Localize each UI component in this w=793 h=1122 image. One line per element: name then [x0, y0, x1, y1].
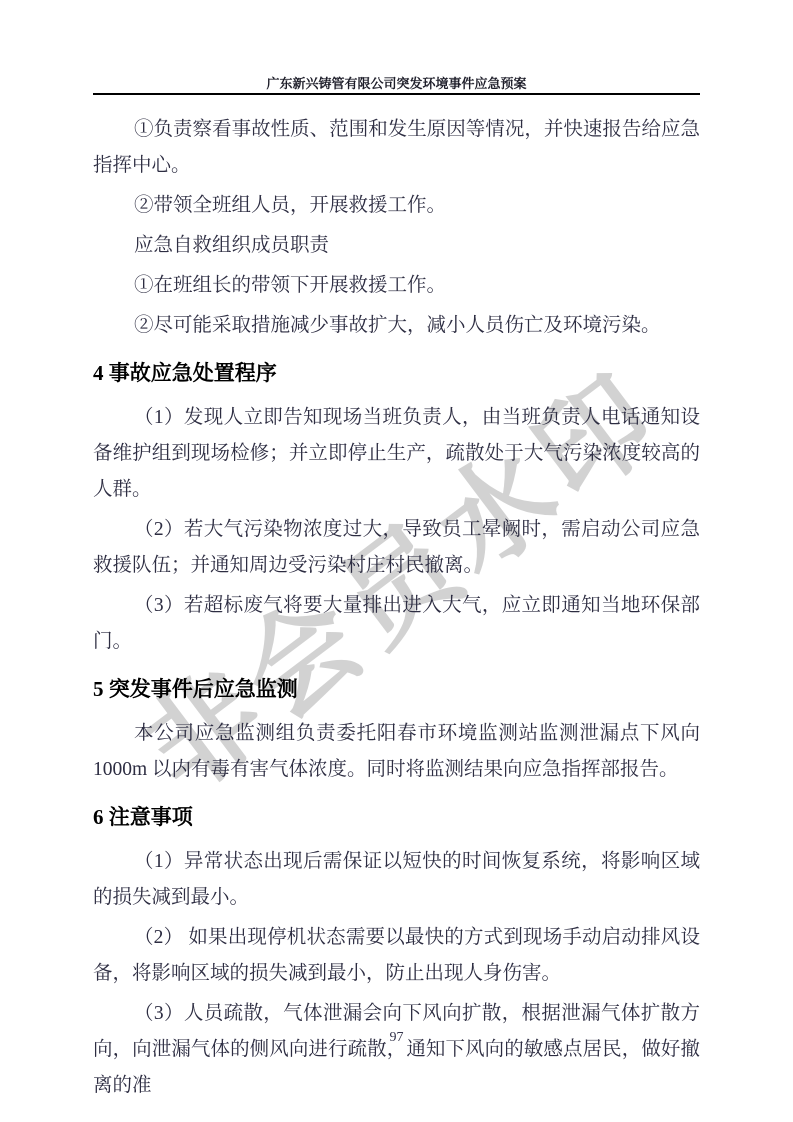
document-body: ①负责察看事故性质、范围和发生原因等情况，并快速报告给应急指挥中心。 ②带领全班…: [93, 112, 700, 1108]
paragraph: ②带领全班组人员，开展救援工作。: [93, 188, 700, 224]
page-header-title: 广东新兴铸管有限公司突发环境事件应急预案: [0, 73, 793, 92]
paragraph: ②尽可能采取措施减少事故扩大，减小人员伤亡及环境污染。: [93, 308, 700, 344]
paragraph: （2）若大气污染物浓度过大，导致员工晕阙时，需启动公司应急救援队伍；并通知周边受…: [93, 512, 700, 584]
paragraph: ①负责察看事故性质、范围和发生原因等情况，并快速报告给应急指挥中心。: [93, 112, 700, 184]
paragraph: 应急自救组织成员职责: [93, 228, 700, 264]
paragraph: （1）发现人立即告知现场当班负责人，由当班负责人电话通知设备维护组到现场检修；并…: [93, 400, 700, 508]
paragraph: （3）人员疏散，气体泄漏会向下风向扩散，根据泄漏气体扩散方向，向泄漏气体的侧风向…: [93, 996, 700, 1104]
paragraph: （2） 如果出现停机状态需要以最快的方式到现场手动启动排风设备，将影响区域的损失…: [93, 920, 700, 992]
section-heading-6: 6 注意事项: [93, 802, 700, 832]
section-heading-5: 5 突发事件后应急监测: [93, 674, 700, 704]
paragraph: （3）若超标废气将要大量排出进入大气，应立即通知当地环保部门。: [93, 588, 700, 660]
header-rule-divider: [93, 93, 700, 95]
page-number: 97: [0, 1030, 793, 1046]
document-page: 非会员水印 广东新兴铸管有限公司突发环境事件应急预案 ①负责察看事故性质、范围和…: [0, 0, 793, 1122]
paragraph: 本公司应急监测组负责委托阳春市环境监测站监测泄漏点下风向1000m 以内有毒有害…: [93, 716, 700, 788]
paragraph: （1）异常状态出现后需保证以短快的时间恢复系统，将影响区域的损失减到最小。: [93, 844, 700, 916]
paragraph: ①在班组长的带领下开展救援工作。: [93, 268, 700, 304]
section-heading-4: 4 事故应急处置程序: [93, 358, 700, 388]
